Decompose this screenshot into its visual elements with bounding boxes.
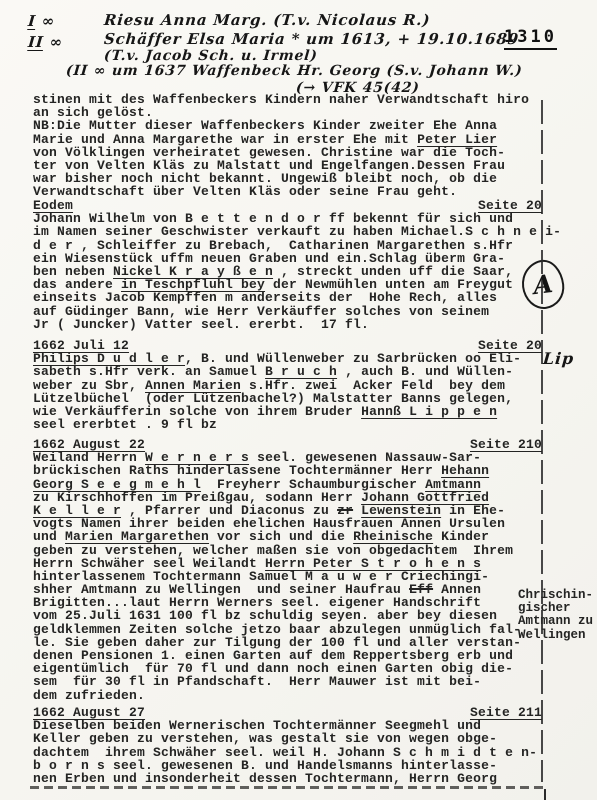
margin-tick (544, 789, 546, 800)
text-line: vom 25.Juli 1631 100 fl bz schuldig seye… (33, 609, 542, 622)
section-eodem: Eodem Seite 20 Johann Wilhelm von B e t … (33, 199, 542, 331)
text-line: im Namen seiner Geschwister verkauft zu … (33, 225, 542, 238)
section-body: Johann Wilhelm von B e t t e n d o r ff … (33, 212, 542, 331)
handwritten-marriage-1-text: Riesu Anna Marg. (T.v. Nicolaus R.) (103, 11, 431, 29)
page-cutoff-dashes (30, 786, 546, 789)
text-line: einseits Jacob Kempffen m anderseits der… (33, 291, 542, 304)
handwritten-marriage-1-symbol: I ∞ (27, 12, 56, 30)
text-line: Verwandtschaft über Velten Kläs oder sei… (33, 185, 542, 198)
text-line: b o r n s seel. gewesenen B. und Handels… (33, 759, 542, 772)
handwritten-marriage-2-symbol: II ∞ (27, 33, 64, 51)
text-line: dachtem ihrem Schwäher seel. weil H. Joh… (33, 746, 542, 759)
handwritten-marriage-2-text: Schäffer Elsa Maria * um 1613, + 19.10.1… (103, 30, 520, 48)
section-waffenbecker-note: stinen mit des Waffenbeckers Kindern nah… (33, 93, 542, 199)
text-line: dem zufrieden. (33, 689, 542, 702)
section-body: Philips D u d l e r, B. und Wüllenweber … (33, 352, 542, 431)
text-line: geldklemmen Zeiten solche jetzo baar abz… (33, 623, 542, 636)
section-body: stinen mit des Waffenbeckers Kindern nah… (33, 93, 542, 199)
text-line: Marie und Anna Margarethe war in erster … (33, 133, 542, 146)
text-line: Jr ( Juncker) Vatter seel. ererbt. 17 fl… (33, 318, 542, 331)
section-body: Weiland Herrn W e r n e r s seel. gewese… (33, 451, 542, 702)
text-line: auf Güdinger Bann, wie Herr Verkäuffer s… (33, 305, 542, 318)
text-line: nen Erben und insonderheit dessen Tochte… (33, 772, 542, 785)
handwritten-remarriage-note: (II ∞ um 1637 Waffenbeck Hr. Georg (S.v.… (65, 63, 523, 79)
scanned-document-page: I ∞ Riesu Anna Marg. (T.v. Nicolaus R.) … (0, 0, 597, 800)
text-line: seel ererbtet . 9 fl bz (33, 418, 542, 431)
text-line: d e r , Schleiffer zu Brebach, Catharine… (33, 239, 542, 252)
margin-handwritten-lip: Lip (542, 349, 575, 368)
text-line: sem für 30 fl in Pfandschaft. Herr Mauwe… (33, 675, 542, 688)
section-1662-august-22: 1662 August 22 Seite 210 Weiland Herrn W… (33, 438, 542, 702)
section-1662-juli-12: 1662 Juli 12 Seite 20 Philips D u d l e … (33, 339, 542, 431)
handwritten-parents-note: (T.v. Jacob Sch. u. Irmel) (103, 48, 318, 64)
text-line: und Marien Margarethen vor sich und die … (33, 530, 542, 543)
text-line: Herrn Schwäher seel Weilandt Herrn Peter… (33, 557, 542, 570)
text-line: von Völklingen verheiratet gewesen. Chri… (33, 146, 542, 159)
text-line: Keller geben zu verstehen, was gestalt s… (33, 732, 542, 745)
section-1662-august-27: 1662 August 27 Seite 211 Dieselben beide… (33, 706, 542, 785)
section-body: Dieselben beiden Wernerischen Tochtermän… (33, 719, 542, 785)
page-number: 1310 (504, 27, 557, 50)
text-line: weber zu Sbr, Annen Marien s.Hfr. zwei A… (33, 379, 542, 392)
